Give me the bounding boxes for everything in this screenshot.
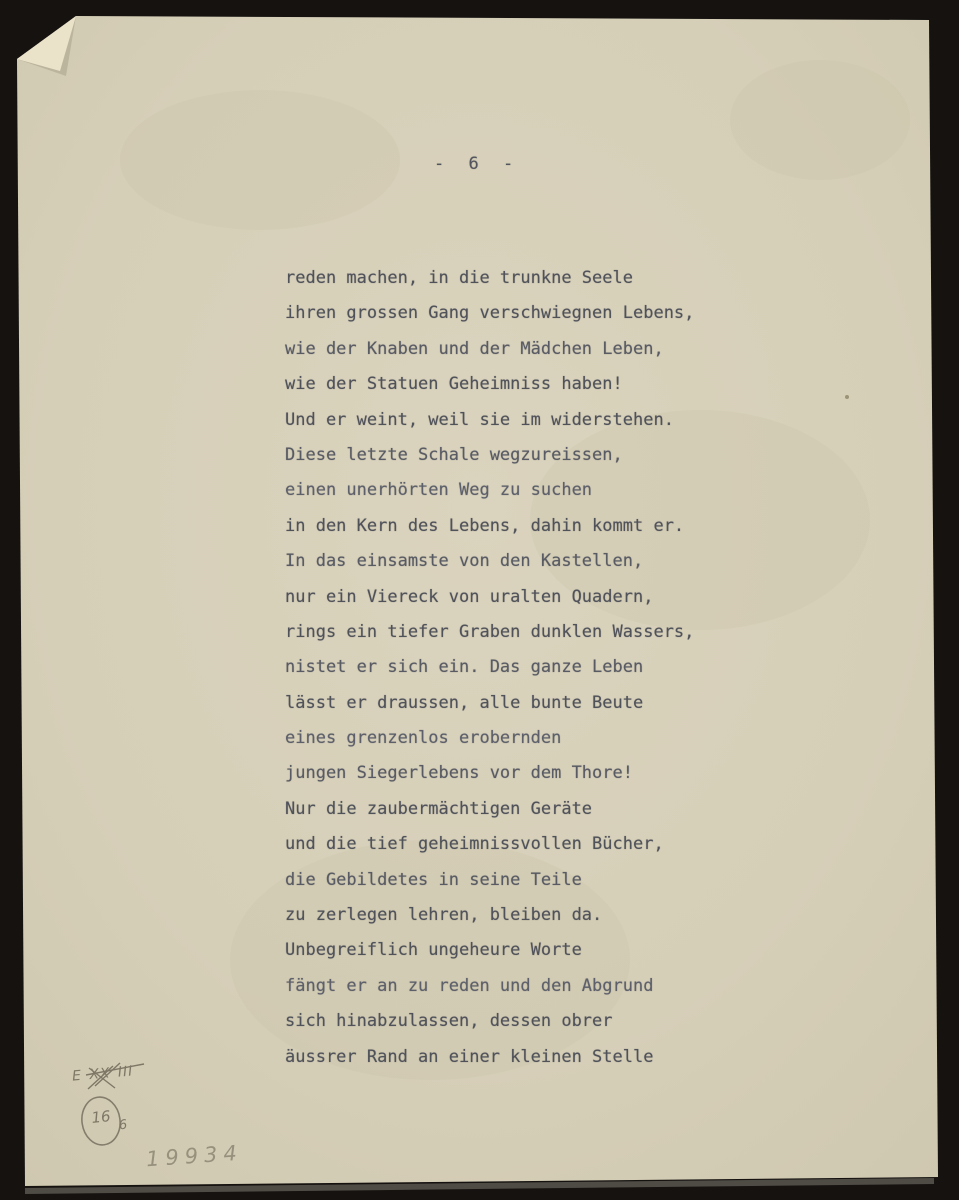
poem-line: fängt er an zu reden und den Abgrund — [285, 969, 725, 1004]
shelfmark-struck-roman-numeral: XX — [89, 1065, 112, 1083]
poem-line: In das einsamste von den Kastellen, — [285, 544, 725, 579]
poem-line: ihren grossen Gang verschwiegnen Lebens, — [285, 296, 725, 331]
poem-line: sich hinabzulassen, dessen obrer — [285, 1004, 725, 1039]
poem-line: einen unerhörten Weg zu suchen — [285, 473, 725, 508]
poem-line: und die tief geheimnissvollen Bücher, — [285, 827, 725, 862]
scan-background: - 6 - reden machen, in die trunkne Seele… — [0, 0, 959, 1200]
poem-line: lässt er draussen, alle bunte Beute — [285, 686, 725, 721]
poem-line: jungen Siegerlebens vor dem Thore! — [285, 756, 725, 791]
shelfmark-prefix: E — [71, 1068, 82, 1085]
poem-line: eines grenzenlos erobernden — [285, 721, 725, 756]
poem-line: äussrer Rand an einer kleinen Stelle — [285, 1040, 725, 1075]
poem-line: Und er weint, weil sie im widerstehen. — [285, 403, 725, 438]
poem-line: wie der Knaben und der Mädchen Leben, — [285, 332, 725, 367]
poem-text-block: reden machen, in die trunkne Seele ihren… — [285, 261, 725, 1075]
poem-line: Diese letzte Schale wegzureissen, — [285, 438, 725, 473]
shelfmark-suffix: III — [117, 1063, 134, 1080]
paper-speck — [845, 395, 849, 399]
poem-line: Nur die zaubermächtigen Geräte — [285, 792, 725, 827]
poem-line: die Gebildetes in seine Teile — [285, 863, 725, 898]
circled-folio-number: 16 — [83, 1106, 119, 1127]
poem-line: reden machen, in die trunkne Seele — [285, 261, 725, 296]
poem-line: zu zerlegen lehren, bleiben da. — [285, 898, 725, 933]
poem-line: nistet er sich ein. Das ganze Leben — [285, 650, 725, 685]
poem-line: wie der Statuen Geheimniss haben! — [285, 367, 725, 402]
poem-line: nur ein Viereck von uralten Quadern, — [285, 580, 725, 615]
page-number: - 6 - — [434, 154, 520, 174]
poem-line: in den Kern des Lebens, dahin kommt er. — [285, 509, 725, 544]
poem-line: Unbegreiflich ungeheure Worte — [285, 933, 725, 968]
poem-line: rings ein tiefer Graben dunklen Wassers, — [285, 615, 725, 650]
